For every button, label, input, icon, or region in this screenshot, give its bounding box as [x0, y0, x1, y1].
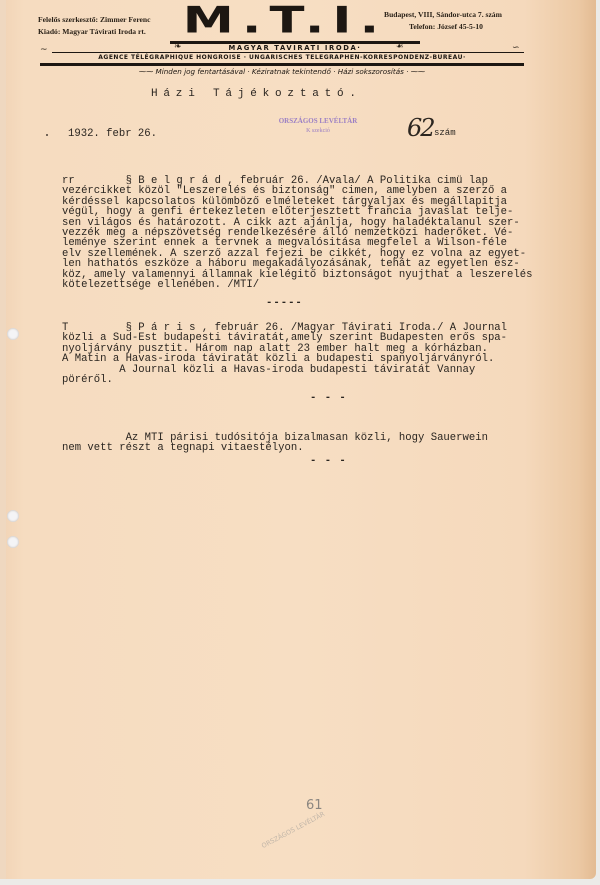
archive-stamp: ORSZÁGOS LEVÉLTÁR K szekció: [268, 116, 368, 136]
mti-logo: M.T.I.: [157, 4, 414, 36]
archive-stamp-line2: K szekció: [268, 126, 368, 136]
article-separator: - - -: [310, 392, 347, 404]
letterhead-right: Budapest, VIII, Sándor-utca 7. szám Tele…: [384, 9, 502, 33]
document-page: Felelős szerkesztő: Zimmer Ferenc Kiadó:…: [0, 0, 596, 879]
reproduction-notice: ⁓⁓ Minden jog fentartásával · Kéziratnak…: [40, 67, 524, 77]
flourish-ornament-icon: ❧: [174, 42, 182, 52]
address-line: Budapest, VIII, Sándor-utca 7. szám: [384, 9, 502, 21]
page-left-edge: [0, 0, 6, 879]
editor-line: Felelős szerkesztő: Zimmer Ferenc: [38, 14, 151, 26]
punch-hole: [7, 510, 19, 522]
article-sauerwein: Az MTI párisi tudósitója bizalmasan közl…: [62, 433, 562, 454]
number-suffix: szám: [434, 128, 456, 138]
publisher-line: Kiadó: Magyar Távirati Iroda rt.: [38, 26, 151, 38]
archive-stamp-line1: ORSZÁGOS LEVÉLTÁR: [268, 116, 368, 126]
article-separator: -----: [266, 297, 303, 309]
document-date: 1932. febr 26.: [68, 128, 157, 140]
letterhead-left: Felelős szerkesztő: Zimmer Ferenc Kiadó:…: [38, 14, 151, 38]
article-belgrad: rr § B e l g r á d , február 26. /Avala/…: [62, 176, 562, 290]
document-title: Házi Tájékoztató.: [151, 88, 362, 100]
faint-archive-stamp: ORSZÁGOS LEVÉLTÁR: [260, 810, 326, 850]
article-paris: T § P á r i s , február 26. /Magyar Távi…: [62, 323, 562, 385]
letterhead-thin-rule: [52, 52, 524, 53]
ink-speck: [46, 134, 48, 136]
phone-line: Telefon: József 45-5-10: [384, 21, 502, 33]
scroll-ornament-icon: ⁓⁓: [139, 67, 156, 76]
punch-hole: [7, 328, 19, 340]
letterhead-thick-rule: [40, 63, 524, 66]
handwritten-number: 62: [407, 114, 434, 142]
flourish-ornament-icon: ❧: [396, 42, 404, 52]
scroll-ornament-icon: ⁓⁓: [408, 67, 425, 76]
punch-hole: [7, 536, 19, 548]
agency-multilingual: AGENCE TÉLÉGRAPHIQUE HONGROISE · UNGARIS…: [40, 54, 524, 62]
article-separator: - - -: [310, 455, 347, 467]
